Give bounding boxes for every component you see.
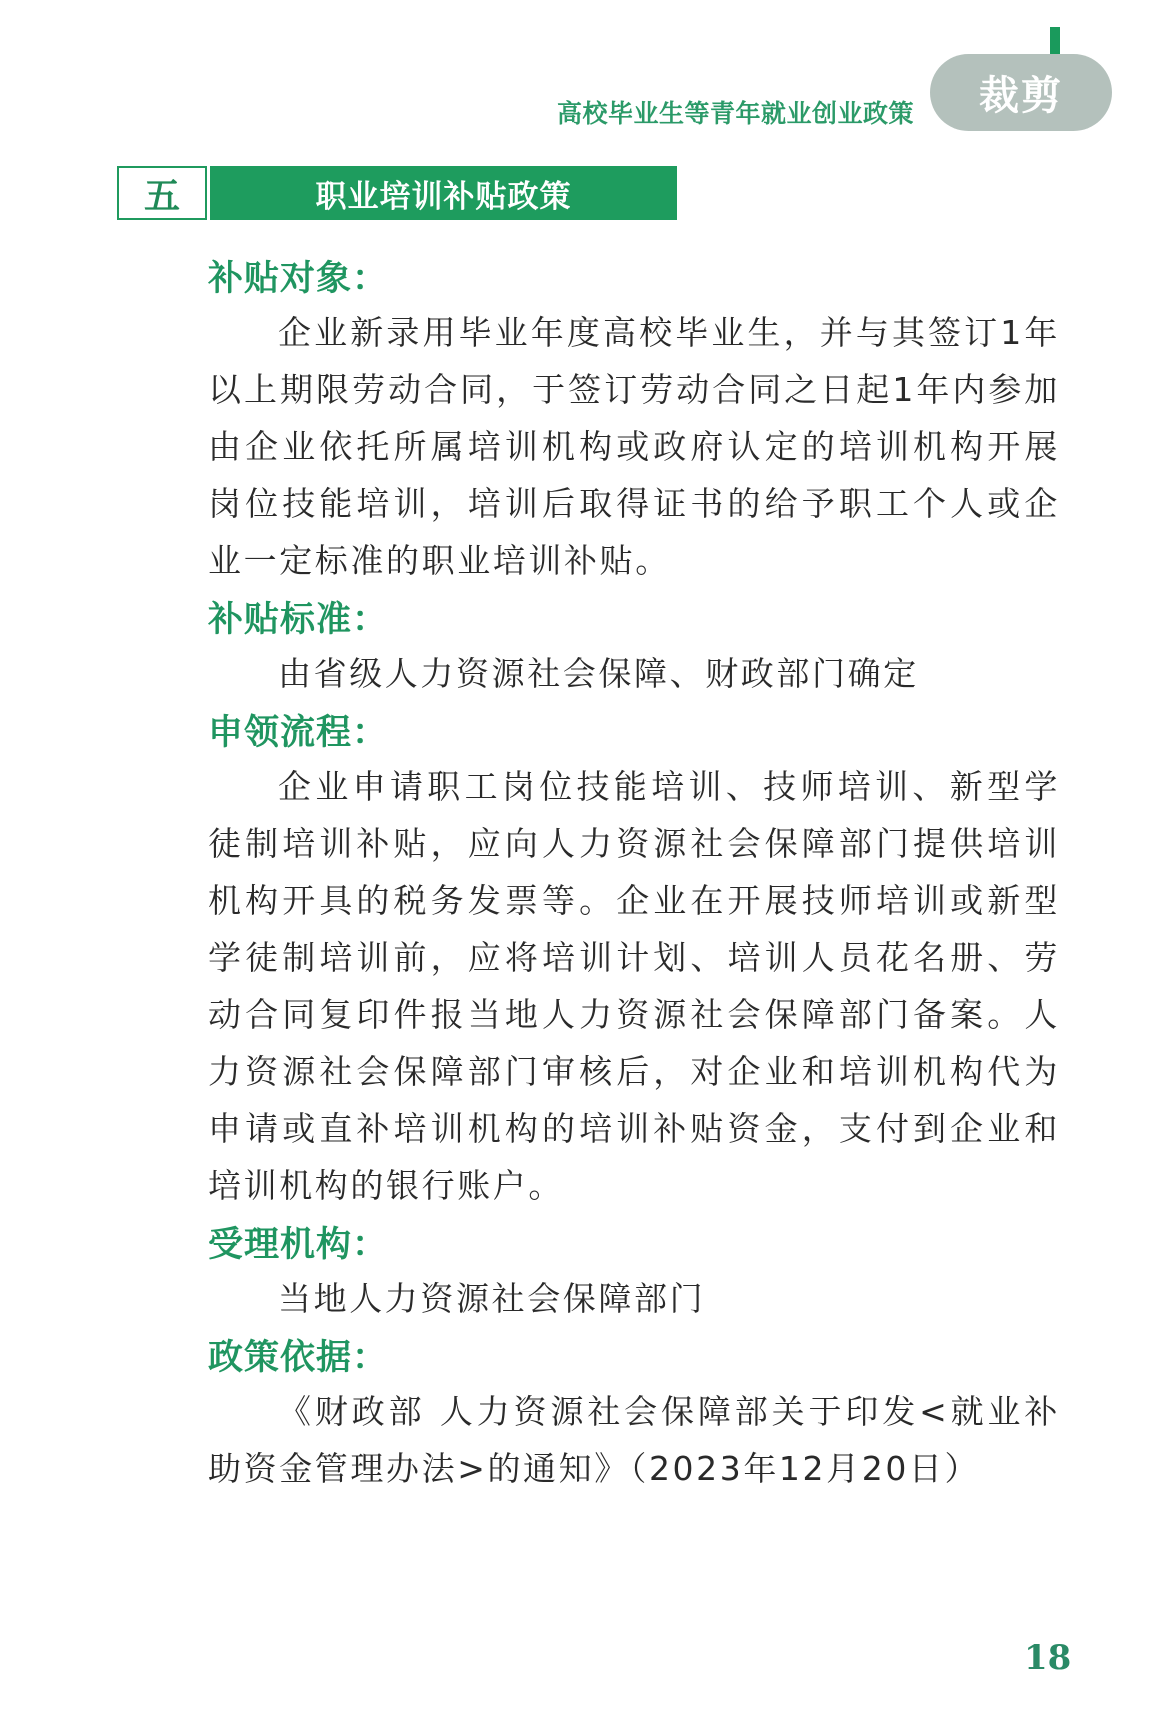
block-body: 企业申请职工岗位技能培训、技师培训、新型学徒制培训补贴，应向人力资源社会保障部门… <box>208 758 1060 1214</box>
block-body: 由省级人力资源社会保障、财政部门确定 <box>208 645 1060 702</box>
block-heading: 补贴标准： <box>208 595 1060 645</box>
block-heading: 受理机构： <box>208 1220 1060 1270</box>
crop-button[interactable]: 裁剪 <box>930 54 1112 131</box>
running-header-title: 高校毕业生等青年就业创业政策 <box>557 94 914 130</box>
block-subsidy-standard: 补贴标准： 由省级人力资源社会保障、财政部门确定 <box>208 595 1060 702</box>
block-subsidy-target: 补贴对象： 企业新录用毕业年度高校毕业生，并与其签订1年以上期限劳动合同，于签订… <box>208 254 1060 589</box>
block-application-process: 申领流程： 企业申请职工岗位技能培训、技师培训、新型学徒制培训补贴，应向人力资源… <box>208 708 1060 1214</box>
block-heading: 申领流程： <box>208 708 1060 758</box>
section-title: 职业培训补贴政策 <box>210 166 677 220</box>
block-body: 当地人力资源社会保障部门 <box>208 1270 1060 1327</box>
policy-content: 补贴对象： 企业新录用毕业年度高校毕业生，并与其签订1年以上期限劳动合同，于签订… <box>208 254 1060 1501</box>
block-heading: 补贴对象： <box>208 254 1060 304</box>
block-policy-basis: 政策依据： 《财政部 人力资源社会保障部关于印发<就业补助资金管理办法>的通知》… <box>208 1333 1060 1497</box>
block-heading: 政策依据： <box>208 1333 1060 1383</box>
block-body: 《财政部 人力资源社会保障部关于印发<就业补助资金管理办法>的通知》（2023年… <box>208 1383 1060 1497</box>
page-number: 18 <box>1024 1638 1071 1678</box>
section-number-badge: 五 <box>117 166 207 220</box>
block-handling-agency: 受理机构： 当地人力资源社会保障部门 <box>208 1220 1060 1327</box>
block-body: 企业新录用毕业年度高校毕业生，并与其签订1年以上期限劳动合同，于签订劳动合同之日… <box>208 304 1060 589</box>
top-accent-mark <box>1050 27 1060 55</box>
section-title-banner: 五 职业培训补贴政策 <box>117 166 677 220</box>
